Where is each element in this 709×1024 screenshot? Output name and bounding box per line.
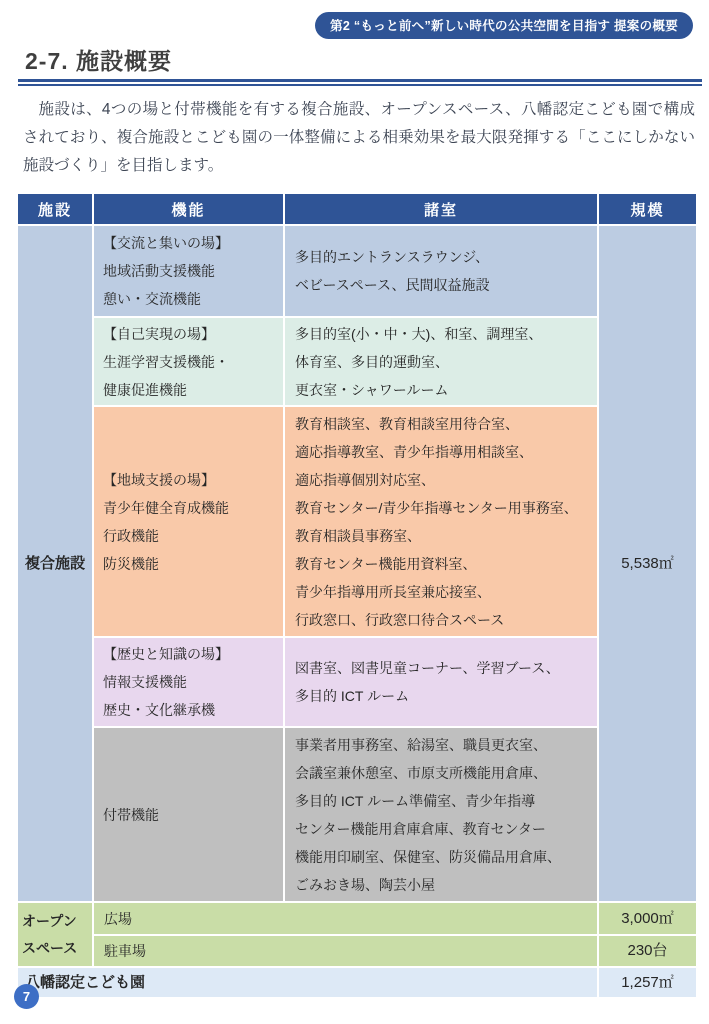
- page-title: 2-7. 施設概要: [25, 43, 709, 76]
- open-space-name-cell: オープン スペース: [18, 903, 92, 966]
- column-header-facility: 施設: [18, 194, 92, 224]
- chapter-tag: 第2 “もっと前へ”新しい時代の公共空間を目指す 提案の概要: [315, 12, 693, 39]
- facility-name-cell: 複合施設: [18, 226, 92, 901]
- rooms-cell-history-knowledge: 図書室、図書児童コーナー、学習ブース、 多目的 ICT ルーム: [285, 638, 597, 726]
- column-header-scale: 規模: [599, 194, 696, 224]
- open-space-parking-scale-cell: 230台: [599, 936, 696, 966]
- facility-scale-cell: 5,538㎡: [599, 226, 696, 901]
- chapter-tag-row: 第2 “もっと前へ”新しい時代の公共空間を目指す 提案の概要: [0, 0, 709, 39]
- function-cell-ancillary: 付帯機能: [94, 728, 283, 901]
- function-cell-exchange: 【交流と集いの場】 地域活動支援機能 憩い・交流機能: [94, 226, 283, 316]
- rooms-cell-self-realization: 多目的室(小・中・大)、和室、調理室、 体育室、多目的運動室、 更衣室・シャワー…: [285, 318, 597, 405]
- facility-overview-table: 施設 機能 諸室 規模 複合施設 5,538㎡ 【交流と集いの場】 地域活動支援…: [18, 194, 696, 997]
- function-cell-history-knowledge: 【歴史と知識の場】 情報支援機能 歴史・文化継承機: [94, 638, 283, 726]
- open-space-parking-cell: 駐車場: [94, 936, 597, 966]
- kodomoen-name-cell: 八幡認定こども園: [18, 968, 597, 997]
- title-divider: [18, 79, 702, 86]
- page-number-badge: 7: [14, 984, 39, 1009]
- column-header-rooms: 諸室: [285, 194, 597, 224]
- rooms-cell-community-support: 教育相談室、教育相談室用待合室、 適応指導教室、青少年指導用相談室、 適応指導個…: [285, 407, 597, 636]
- rooms-cell-exchange: 多目的エントランスラウンジ、 ベビースペース、民間収益施設: [285, 226, 597, 316]
- rooms-cell-ancillary: 事業者用事務室、給湯室、職員更衣室、 会議室兼休憩室、市原支所機能用倉庫、 多目…: [285, 728, 597, 901]
- function-cell-community-support: 【地域支援の場】 青少年健全育成機能 行政機能 防災機能: [94, 407, 283, 636]
- function-cell-self-realization: 【自己実現の場】 生涯学習支援機能・ 健康促進機能: [94, 318, 283, 405]
- kodomoen-scale-cell: 1,257㎡: [599, 968, 696, 997]
- open-space-plaza-cell: 広場: [94, 903, 597, 934]
- column-header-function: 機能: [94, 194, 283, 224]
- intro-paragraph: 施設は、4つの場と付帯機能を有する複合施設、オープンスペース、八幡認定こども園で…: [23, 96, 695, 180]
- open-space-plaza-scale-cell: 3,000㎡: [599, 903, 696, 934]
